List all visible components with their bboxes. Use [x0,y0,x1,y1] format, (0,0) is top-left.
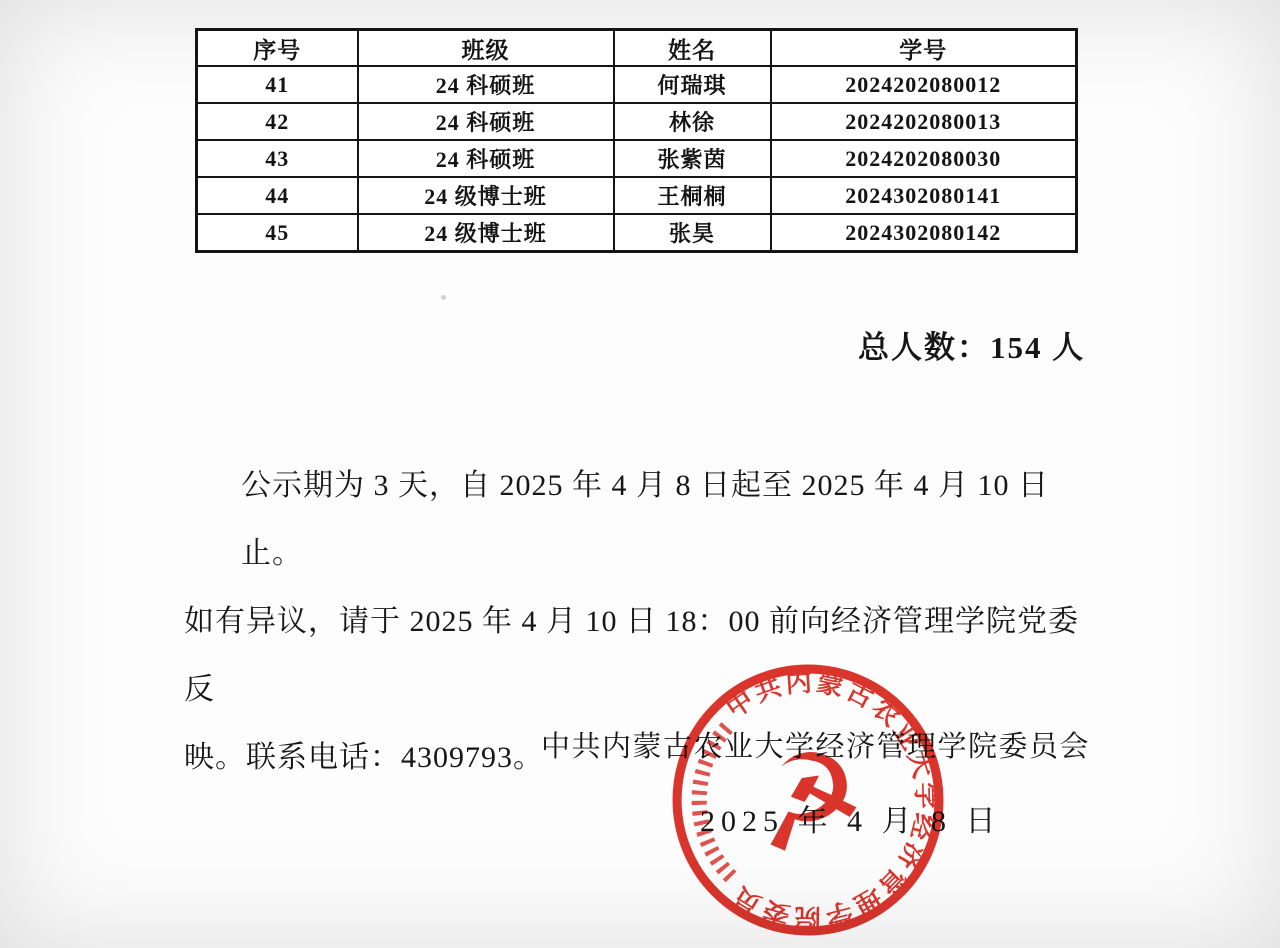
table-header-row: 序号班级姓名学号 [197,30,1077,67]
table-row: 4224 科硕班林徐2024202080013 [197,103,1077,140]
table-cell: 41 [197,66,358,103]
table-cell: 42 [197,103,358,140]
table-row: 4524 级博士班张昊2024302080142 [197,214,1077,252]
table-cell: 2024202080030 [771,140,1077,177]
table-cell: 45 [197,214,358,252]
table-cell: 2024202080012 [771,66,1077,103]
hammer-sickle-icon: ☭ [738,718,879,885]
notice-line-2: 如有异议，请于 2025 年 4 月 10 日 18：00 前向经济管理学院党委… [184,588,1089,724]
table-row: 4424 级博士班王桐桐2024302080141 [197,177,1077,214]
table-cell: 44 [197,177,358,214]
table-cell: 何瑞琪 [614,66,771,103]
official-seal: 中共内蒙古农业大学经济管理学院委员会 ☭ [667,659,949,941]
table-row: 4324 科硕班张紫茵2024202080030 [197,140,1077,177]
table-cell: 张紫茵 [614,140,771,177]
seal-mongolian-script [699,723,731,877]
table-header-cell: 学号 [771,30,1077,67]
table-cell: 24 级博士班 [358,177,614,214]
seal-graphic: 中共内蒙古农业大学经济管理学院委员会 ☭ [667,659,949,941]
table-cell: 林徐 [614,103,771,140]
table-cell: 24 科硕班 [358,103,614,140]
total-count-line: 总人数：154 人 [858,322,1085,367]
table-header-cell: 序号 [197,30,358,67]
table-cell: 24 科硕班 [358,66,614,103]
scanned-notice-page: 序号班级姓名学号 4124 科硕班何瑞琪20242020800124224 科硕… [0,0,1280,948]
table-cell: 2024202080013 [771,103,1077,140]
table-cell: 2024302080142 [771,214,1077,252]
table-header-cell: 姓名 [614,30,771,67]
table-cell: 王桐桐 [614,177,771,214]
table-cell: 张昊 [614,214,771,252]
table-header-cell: 班级 [358,30,614,67]
table-row: 4124 科硕班何瑞琪2024202080012 [197,66,1077,103]
scan-speck [441,295,446,300]
table-cell: 24 科硕班 [358,140,614,177]
table-cell: 24 级博士班 [358,214,614,252]
roster-table: 序号班级姓名学号 4124 科硕班何瑞琪20242020800124224 科硕… [195,28,1078,253]
notice-line-1: 公示期为 3 天，自 2025 年 4 月 8 日起至 2025 年 4 月 1… [184,452,1089,588]
table-cell: 43 [197,140,358,177]
roster-table-body: 4124 科硕班何瑞琪20242020800124224 科硕班林徐202420… [197,66,1077,252]
table-cell: 2024302080141 [771,177,1077,214]
